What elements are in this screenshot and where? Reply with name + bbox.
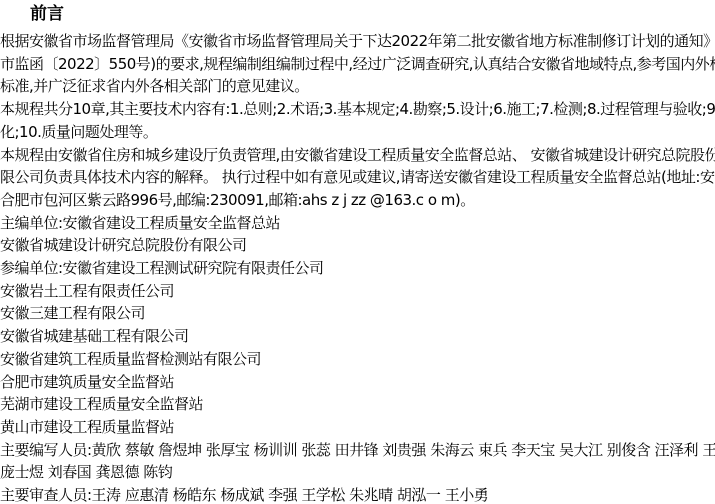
text-line: 市监函〔2022〕550号)的要求,规程编制组编制过程中,经过广泛调查研究,认真… [0, 53, 715, 76]
text-line: 合肥市建筑质量安全监督站 [0, 371, 715, 394]
text-line: 主要编写人员:黄欣 蔡敏 詹煜坤 张厚宝 杨训训 张蕊 田井锋 刘贵强 朱海云 … [0, 439, 715, 462]
document-body: 根据安徽省市场监督管理局《安徽省市场监督管理局关于下达2022年第二批安徽省地方… [0, 30, 715, 504]
text-line: 芜湖市建设工程质量安全监督站 [0, 393, 715, 416]
text-line: 根据安徽省市场监督管理局《安徽省市场监督管理局关于下达2022年第二批安徽省地方… [0, 30, 715, 53]
page-title: 前言 [30, 4, 715, 24]
text-line: 安徽岩土工程有限责任公司 [0, 280, 715, 303]
text-line: 限公司负责具体技术内容的解释。 执行过程中如有意见或建议,请寄送安徽省建设工程质… [0, 166, 715, 189]
text-line: 主要审查人员:王涛 应惠清 杨皓东 杨成斌 李强 王学松 朱兆晴 胡泓一 王小勇 [0, 484, 715, 504]
text-line: 安徽省建筑工程质量监督检测站有限公司 [0, 348, 715, 371]
document-page: 前言 根据安徽省市场监督管理局《安徽省市场监督管理局关于下达2022年第二批安徽… [0, 0, 715, 504]
text-line: 参编单位:安徽省建设工程测试研究院有限责任公司 [0, 257, 715, 280]
text-line: 主编单位:安徽省建设工程质量安全监督总站 [0, 212, 715, 235]
text-line: 合肥市包河区紫云路996号,邮编:230091,邮箱:ahs z j zz @1… [0, 189, 715, 212]
text-line: 本规程由安徽省住房和城乡建设厅负责管理,由安徽省建设工程质量安全监督总站、 安徽… [0, 144, 715, 167]
text-line: 标准,并广泛征求省内外各相关部门的意见建议。 [0, 75, 715, 98]
text-line: 安徽省城建基础工程有限公司 [0, 325, 715, 348]
text-line: 化;10.质量问题处理等。 [0, 121, 715, 144]
text-line: 黄山市建设工程质量监督站 [0, 416, 715, 439]
text-line: 庞士煜 刘春国 龚恩德 陈钧 [0, 461, 715, 484]
text-line: 安徽省城建设计研究总院股份有限公司 [0, 234, 715, 257]
text-line: 安徽三建工程有限公司 [0, 302, 715, 325]
text-line: 本规程共分10章,其主要技术内容有:1.总则;2.术语;3.基本规定;4.勘察;… [0, 98, 715, 121]
